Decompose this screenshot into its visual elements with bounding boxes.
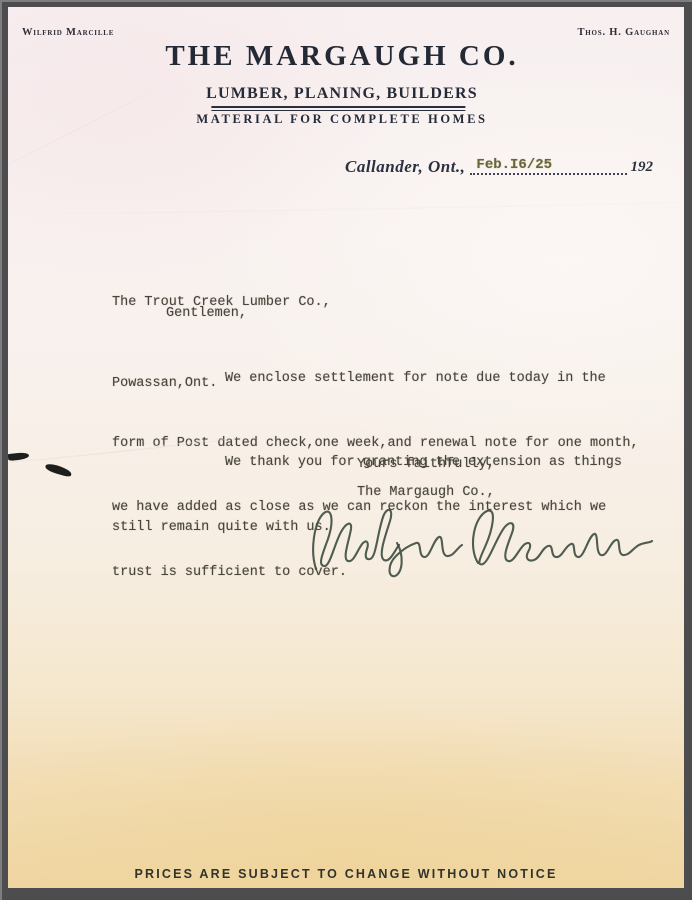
salutation: Gentlemen, xyxy=(166,306,247,321)
footer-price-notice: PRICES ARE SUBJECT TO CHANGE WITHOUT NOT… xyxy=(8,867,684,881)
dateline-dotted-rule: Feb.I6/25 xyxy=(470,151,626,175)
paper-crease xyxy=(8,201,684,216)
ink-blot-mark xyxy=(44,462,72,477)
dateline: Callander, Ont., Feb.I6/25 192 xyxy=(345,151,653,177)
ink-blot-mark xyxy=(8,452,29,461)
paragraph-1-line: We enclose settlement for note due today… xyxy=(112,368,639,390)
letterhead-divider-rule xyxy=(211,106,465,111)
tagline-business-lines: LUMBER, PLANING, BUILDERS xyxy=(8,85,676,103)
company-name: THE MARGAUGH CO. xyxy=(8,40,676,73)
signature-handwriting xyxy=(306,499,654,585)
closing-line: Yours faithfully, xyxy=(357,457,495,472)
dateline-year-prefix: 192 xyxy=(631,159,654,177)
scanned-letter-photo: Wilfrid Marcille Thos. H. Gaughan THE MA… xyxy=(0,0,692,900)
tagline-slogan: MATERIAL FOR COMPLETE HOMES xyxy=(8,112,676,127)
officer-name-left: Wilfrid Marcille xyxy=(22,27,114,38)
dateline-place: Callander, Ont., xyxy=(345,157,465,177)
letter-paper: Wilfrid Marcille Thos. H. Gaughan THE MA… xyxy=(8,7,684,888)
company-signature-line: The Margaugh Co., xyxy=(357,485,495,500)
officer-name-right: Thos. H. Gaughan xyxy=(577,27,670,38)
typed-date: Feb.I6/25 xyxy=(476,157,552,173)
